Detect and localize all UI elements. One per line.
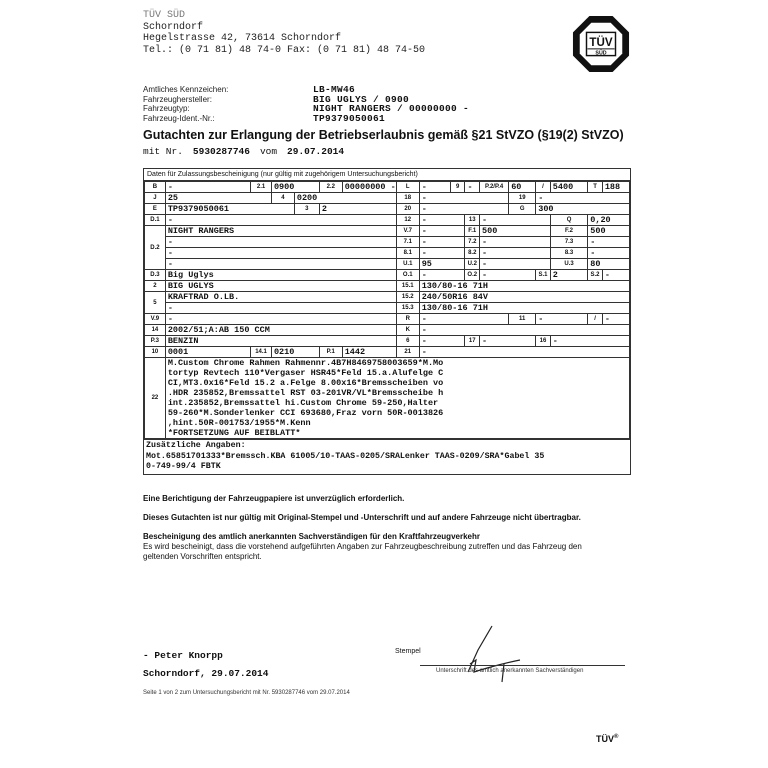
field-value: - <box>165 303 396 314</box>
field-value: 130/80-16 71H <box>419 303 629 314</box>
table-row: 100001 14.10210 P.11442 21- <box>145 347 630 358</box>
field-value: BIG UGLYS <box>165 281 396 292</box>
field-key: D.2 <box>145 226 166 270</box>
field-value: - <box>588 248 630 259</box>
table-row: - U.195 U.2- U.380 <box>145 259 630 270</box>
issuer-city: Schorndorf <box>143 22 425 34</box>
svg-text:SÜD: SÜD <box>595 50 606 57</box>
field-value: - <box>165 182 250 193</box>
field-key: / <box>588 314 603 325</box>
field-value: 188 <box>602 182 629 193</box>
field-value: - <box>480 270 536 281</box>
certification-title: Bescheinigung des amtlich anerkannten Sa… <box>143 532 613 542</box>
signature-line <box>420 665 625 666</box>
field-value: 00000000 - <box>342 182 396 193</box>
field-key: 7.3 <box>550 237 587 248</box>
field-value: 25 <box>165 193 271 204</box>
field-key: 20 <box>396 204 419 215</box>
table-row: D.3Big Uglys O.1- O.2- S.12 S.2- <box>145 270 630 281</box>
field-value: 240/50R16 84V <box>419 292 629 303</box>
table-row: - 7.1- 7.2- 7.3- <box>145 237 630 248</box>
table-row: V.9- R- 11- /- <box>145 314 630 325</box>
stamp-label: Stempel <box>395 648 421 655</box>
page-footer: Seite 1 von 2 zum Untersuchungsbericht m… <box>143 690 350 696</box>
field-key: D.3 <box>145 270 166 281</box>
field-value: M.Custom Chrome Rahmen Rahmennr.4B7H8469… <box>165 358 629 439</box>
note-validity: Dieses Gutachten ist nur gültig mit Orig… <box>143 513 613 523</box>
issuer-phone: Tel.: (0 71 81) 48 74-0 Fax: (0 71 81) 4… <box>143 45 425 57</box>
field-key: S.2 <box>588 270 603 281</box>
field-value: 300 <box>536 204 630 215</box>
field-key: 8.1 <box>396 248 419 259</box>
field-key: 15.3 <box>396 303 419 314</box>
signatory-name: - Peter Knorpp <box>143 647 268 665</box>
field-value: - <box>550 336 629 347</box>
table-row: 2BIG UGLYS 15.1130/80-16 71H <box>145 281 630 292</box>
field-value: - <box>419 237 465 248</box>
field-value: 0210 <box>271 347 319 358</box>
field-key: B <box>145 182 166 193</box>
field-key: U.1 <box>396 259 419 270</box>
field-value: - <box>419 336 465 347</box>
field-key: 16 <box>536 336 551 347</box>
field-key: R <box>396 314 419 325</box>
field-key: 22 <box>145 358 166 439</box>
place-date: Schorndorf, 29.07.2014 <box>143 665 268 683</box>
field-value: - <box>536 314 588 325</box>
field-value: TP9379050061 <box>165 204 294 215</box>
report-number-line: mit Nr.5930287746vom29.07.2014 <box>143 146 354 157</box>
field-value: 500 <box>480 226 551 237</box>
table-row: - 15.3130/80-16 71H <box>145 303 630 314</box>
field-key: 6 <box>396 336 419 347</box>
additional-info-line: 0-749-99/4 FBTK <box>146 462 628 473</box>
report-prefix: mit Nr. <box>143 146 183 157</box>
field-key: 2.1 <box>251 182 272 193</box>
handwritten-signature-icon <box>440 620 560 690</box>
field-value: - <box>465 182 480 193</box>
field-value: KRAFTRAD O.LB. <box>165 292 396 303</box>
field-value: - <box>480 215 551 226</box>
report-number: 5930287746 <box>193 146 250 157</box>
field-value: 0001 <box>165 347 250 358</box>
field-value: - <box>602 270 629 281</box>
field-key: 15.2 <box>396 292 419 303</box>
field-value: 0,20 <box>588 215 630 226</box>
field-key: 15.1 <box>396 281 419 292</box>
field-key: 17 <box>465 336 480 347</box>
field-value: 0900 <box>271 182 319 193</box>
label-typ: Fahrzeugtyp: <box>143 104 313 114</box>
field-value: BENZIN <box>165 336 396 347</box>
field-key: F.1 <box>465 226 480 237</box>
field-key: 5 <box>145 292 166 314</box>
field-key: V.9 <box>145 314 166 325</box>
svg-text:TÜV: TÜV <box>589 36 612 49</box>
field-key: 13 <box>465 215 480 226</box>
field-key: U.2 <box>465 259 480 270</box>
field-key: 21 <box>396 347 419 358</box>
field-key: P.1 <box>319 347 342 358</box>
label-kennzeichen: Amtliches Kennzeichen: <box>143 85 313 95</box>
field-key: T <box>588 182 603 193</box>
field-value: - <box>165 215 396 226</box>
field-key: O.1 <box>396 270 419 281</box>
issuer-street: Hegelstrasse 42, 73614 Schorndorf <box>143 33 425 45</box>
field-key: L <box>396 182 419 193</box>
field-key: 10 <box>145 347 166 358</box>
field-value: 80 <box>588 259 630 270</box>
field-value: - <box>602 314 629 325</box>
field-value: - <box>588 237 630 248</box>
document-title: Gutachten zur Erlangung der Betriebserla… <box>143 128 624 142</box>
table-row: B- 2.10900 2.200000000 - L- 9- P.2/P.460… <box>145 182 630 193</box>
field-key: F.2 <box>550 226 587 237</box>
field-key: 2 <box>145 281 166 292</box>
field-value: - <box>165 259 396 270</box>
field-value: - <box>165 248 396 259</box>
field-value: 0200 <box>294 193 396 204</box>
field-key: V.7 <box>396 226 419 237</box>
field-key: P.3 <box>145 336 166 347</box>
field-value: 60 <box>509 182 536 193</box>
report-vom: vom <box>260 146 277 157</box>
field-key: S.1 <box>536 270 551 281</box>
table-row: - 8.1- 8.2- 8.3- <box>145 248 630 259</box>
field-value: Big Uglys <box>165 270 396 281</box>
field-value: - <box>480 259 551 270</box>
field-key: 8.2 <box>465 248 480 259</box>
field-key: E <box>145 204 166 215</box>
field-key: J <box>145 193 166 204</box>
value-fin: TP9379050061 <box>313 114 385 124</box>
registration-data-table: Daten für Zulassungsbescheinigung (nur g… <box>143 168 631 475</box>
field-key: P.2/P.4 <box>480 182 509 193</box>
field-value: - <box>536 193 630 204</box>
tuv-sud-logo-icon: TÜV SÜD <box>572 15 630 73</box>
field-key: 12 <box>396 215 419 226</box>
field-value: 500 <box>588 226 630 237</box>
field-value: 130/80-16 71H <box>419 281 629 292</box>
table-row: 5KRAFTRAD O.LB. 15.2240/50R16 84V <box>145 292 630 303</box>
field-value: 95 <box>419 259 465 270</box>
field-key: 9 <box>450 182 465 193</box>
table-row: D.1- 12- 13- Q0,20 <box>145 215 630 226</box>
field-key: 7.2 <box>465 237 480 248</box>
table-row-22: 22 M.Custom Chrome Rahmen Rahmennr.4B7H8… <box>145 358 630 439</box>
field-value: - <box>419 347 629 358</box>
tuv-brand-mark: TÜV® <box>596 734 618 744</box>
field-key: 14 <box>145 325 166 336</box>
table-caption: Daten für Zulassungsbescheinigung (nur g… <box>144 169 630 181</box>
field-key: 11 <box>509 314 536 325</box>
table-row: D.2NIGHT RANGERS V.7- F.1500 F.2500 <box>145 226 630 237</box>
additional-info-line: Mot.65851701333*Bremssch.KBA 61005/10-TA… <box>146 452 628 463</box>
signature-caption: Unterschrift des amtlich anerkannten Sac… <box>436 668 583 674</box>
field-key: 19 <box>509 193 536 204</box>
notes-section: Eine Berichtigung der Fahrzeugpapiere is… <box>143 494 613 562</box>
field-value: - <box>419 270 465 281</box>
field-key: 18 <box>396 193 419 204</box>
field-value: 1442 <box>342 347 396 358</box>
field-key: Q <box>550 215 587 226</box>
field-value: - <box>480 336 536 347</box>
field-value: - <box>480 248 551 259</box>
document-page: TÜV SÜD Schorndorf Hegelstrasse 42, 7361… <box>0 0 768 768</box>
field-value: - <box>419 182 450 193</box>
field-value: - <box>165 314 396 325</box>
data-grid: B- 2.10900 2.200000000 - L- 9- P.2/P.460… <box>144 181 630 439</box>
table-row: P.3BENZIN 6- 17- 16- <box>145 336 630 347</box>
note-correction: Eine Berichtigung der Fahrzeugpapiere is… <box>143 494 613 504</box>
field-value: - <box>480 237 551 248</box>
field-value: - <box>419 314 508 325</box>
field-value: 2002/51;A:AB 150 CCM <box>165 325 396 336</box>
field-key: O.2 <box>465 270 480 281</box>
field-key: 8.3 <box>550 248 587 259</box>
additional-info: Zusätzliche Angaben: Mot.65851701333*Bre… <box>144 439 630 474</box>
field-key: U.3 <box>550 259 587 270</box>
field-key: 3 <box>294 204 319 215</box>
report-date: 29.07.2014 <box>287 146 344 157</box>
field-value: 2 <box>550 270 587 281</box>
label-hersteller: Fahrzeughersteller: <box>143 95 313 105</box>
issuer-address: TÜV SÜD Schorndorf Hegelstrasse 42, 7361… <box>143 10 425 56</box>
signatory: - Peter Knorpp Schorndorf, 29.07.2014 <box>143 647 268 683</box>
field-value: 5400 <box>550 182 587 193</box>
table-row: 142002/51;A:AB 150 CCM K- <box>145 325 630 336</box>
vehicle-info: Amtliches Kennzeichen:LB-MW46 Fahrzeughe… <box>143 85 469 124</box>
field-key: 2.2 <box>319 182 342 193</box>
field-value: - <box>419 193 508 204</box>
field-value: NIGHT RANGERS <box>165 226 396 237</box>
table-row: J25 40200 18- 19- <box>145 193 630 204</box>
field-key: D.1 <box>145 215 166 226</box>
field-value: - <box>165 237 396 248</box>
field-value: - <box>419 325 629 336</box>
table-row: ETP9379050061 32 20- G300 <box>145 204 630 215</box>
additional-info-title: Zusätzliche Angaben: <box>146 441 628 452</box>
field-key: 7.1 <box>396 237 419 248</box>
field-key: / <box>536 182 551 193</box>
field-key: G <box>509 204 536 215</box>
field-key: 14.1 <box>251 347 272 358</box>
field-value: - <box>419 248 465 259</box>
field-value: - <box>419 226 465 237</box>
field-key: 4 <box>271 193 294 204</box>
field-key: K <box>396 325 419 336</box>
field-value: - <box>419 204 508 215</box>
label-fin: Fahrzeug-Ident.-Nr.: <box>143 114 313 124</box>
issuer-org: TÜV SÜD <box>143 10 425 22</box>
field-value: - <box>419 215 465 226</box>
certification-body: Es wird bescheinigt, dass die vorstehend… <box>143 542 613 562</box>
field-value: 2 <box>319 204 396 215</box>
